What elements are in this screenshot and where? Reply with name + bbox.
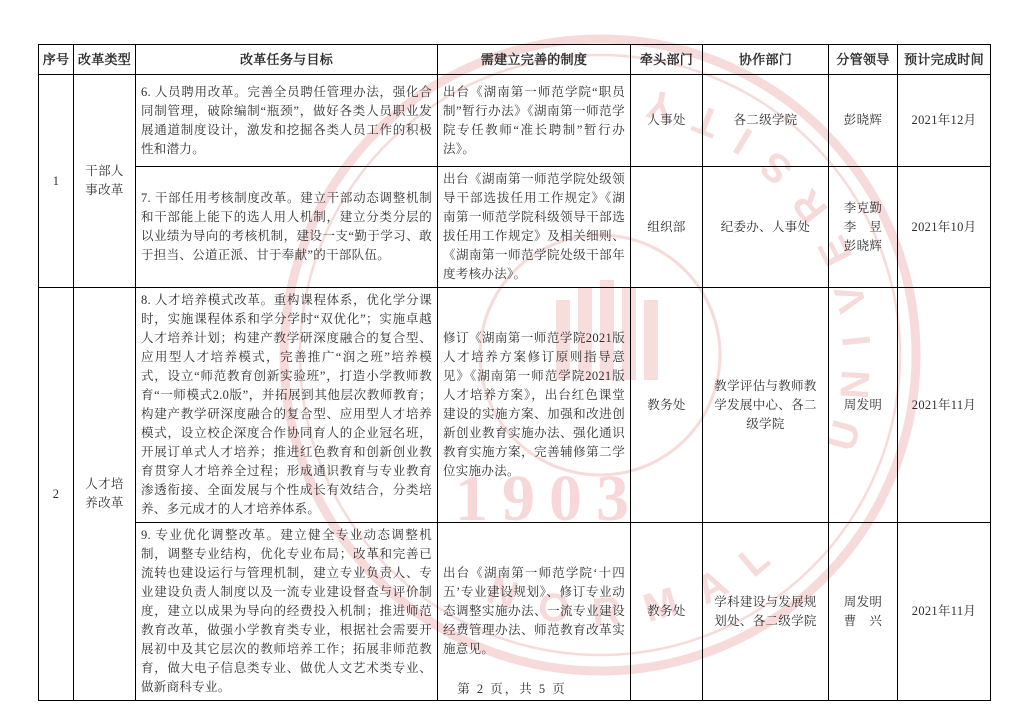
table-header-row: 序号 改革类型 改革任务与目标 需建立完善的制度 牵头部门 协作部门 分管领导 … [39,45,991,75]
col-header-system: 需建立完善的制度 [438,45,631,75]
lead-dept: 教务处 [631,523,703,701]
lead-dept: 人事处 [631,75,703,167]
collab-dept: 各二级学院 [703,75,829,167]
col-header-serial: 序号 [39,45,74,75]
leader: 彭晓辉 [829,75,898,167]
serial-number: 1 [39,75,74,288]
leader: 周发明 曹 兴 [829,523,898,701]
completion-time: 2021年11月 [898,288,991,523]
col-header-leader: 分管领导 [829,45,898,75]
table-row-task-6: 1 干部人事改革 6. 人员聘用改革。完善全员聘任管理办法，强化合同制管理，破除… [39,75,991,167]
reform-tasks-table: 序号 改革类型 改革任务与目标 需建立完善的制度 牵头部门 协作部门 分管领导 … [38,44,991,701]
reform-type: 人才培养改革 [74,288,136,701]
collab-dept: 纪委办、人事处 [703,167,829,288]
lead-dept: 教务处 [631,288,703,523]
col-header-task: 改革任务与目标 [136,45,438,75]
col-header-lead-dept: 牵头部门 [631,45,703,75]
completion-time: 2021年10月 [898,167,991,288]
document-page: 1903 NORMAL UNIVERSITY 序号 改革类型 改革任务与目标 需… [0,0,1024,724]
reform-type: 干部人事改革 [74,75,136,288]
completion-time: 2021年11月 [898,523,991,701]
task-text: 7. 干部任用考核制度改革。建立干部动态调整机制和干部能上能下的选人用人机制，建… [136,167,438,288]
completion-time: 2021年12月 [898,75,991,167]
col-header-collab-dept: 协作部门 [703,45,829,75]
system-text: 出台《湖南第一师范学院‘十四五’专业建设规划》、修订专业动态调整实施办法、一流专… [438,523,631,701]
collab-dept: 学科建设与发展规划处、各二级学院 [703,523,829,701]
leader: 周发明 [829,288,898,523]
table-row-task-8: 2 人才培养改革 8. 人才培养模式改革。重构课程体系，优化学分课时，实施课程体… [39,288,991,523]
system-text: 修订《湖南第一师范学院2021版人才培养方案修订原则指导意见》《湖南第一师范学院… [438,288,631,523]
table-row-task-9: 9. 专业优化调整改革。建立健全专业动态调整机制，调整专业结构，优化专业布局；改… [39,523,991,701]
task-text: 6. 人员聘用改革。完善全员聘任管理办法，强化合同制管理，破除编制“瓶颈”，做好… [136,75,438,167]
system-text: 出台《湖南第一师范学院处级领导干部选拔任用工作规定》《湖南第一师范学院科级领导干… [438,167,631,288]
table-row-task-7: 7. 干部任用考核制度改革。建立干部动态调整机制和干部能上能下的选人用人机制，建… [39,167,991,288]
lead-dept: 组织部 [631,167,703,288]
system-text: 出台《湖南第一师范学院“职员制”暂行办法》《湖南第一师范学院专任教师“准长聘制”… [438,75,631,167]
page-number-footer: 第 2 页，共 5 页 [0,679,1024,697]
col-header-time: 预计完成时间 [898,45,991,75]
serial-number: 2 [39,288,74,701]
col-header-reform-type: 改革类型 [74,45,136,75]
task-text: 9. 专业优化调整改革。建立健全专业动态调整机制，调整专业结构，优化专业布局；改… [136,523,438,701]
task-text: 8. 人才培养模式改革。重构课程体系，优化学分课时，实施课程体系和学分学时“双优… [136,288,438,523]
collab-dept: 教学评估与教师教学发展中心、各二级学院 [703,288,829,523]
leader: 李克勤 李 昱 彭晓辉 [829,167,898,288]
